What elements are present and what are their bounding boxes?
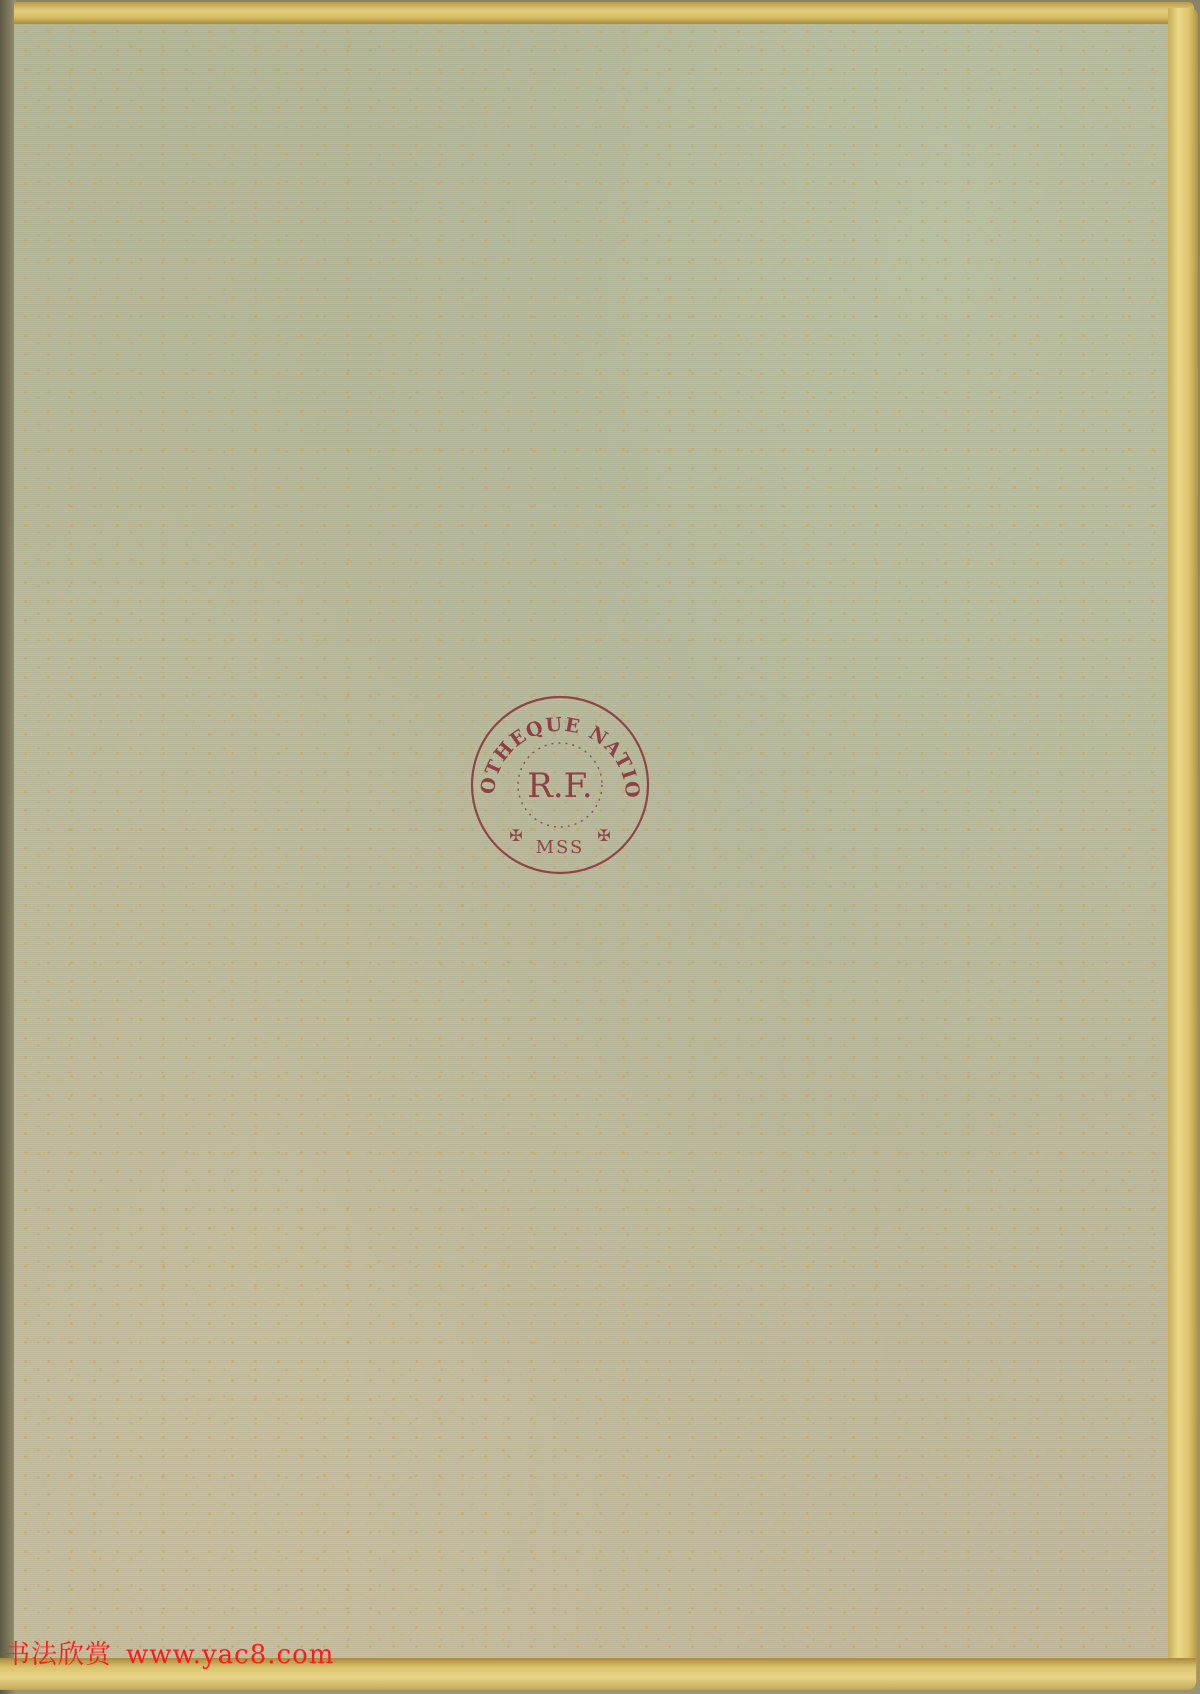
stamp-bottom-text: MSS: [536, 837, 585, 858]
stamp-ornament-left-icon: ✠: [509, 826, 522, 845]
gilt-border-top: [14, 2, 1194, 24]
stamp-ornament-right-icon: ✠: [597, 826, 610, 845]
stamp-center-text: R.F.: [527, 766, 593, 806]
library-stamp: BIBLIOTHEQUE NATIONALE R.F. MSS ✠ ✠: [468, 693, 652, 877]
watermark-chinese: 书法欣赏: [4, 1640, 112, 1670]
watermark-url: www.yac8.com: [126, 1640, 334, 1670]
book-cover: BIBLIOTHEQUE NATIONALE R.F. MSS ✠ ✠ 书法欣赏…: [0, 0, 1200, 1694]
gilt-border-right: [1168, 8, 1198, 1686]
site-watermark: 书法欣赏www.yac8.com: [4, 1634, 334, 1671]
